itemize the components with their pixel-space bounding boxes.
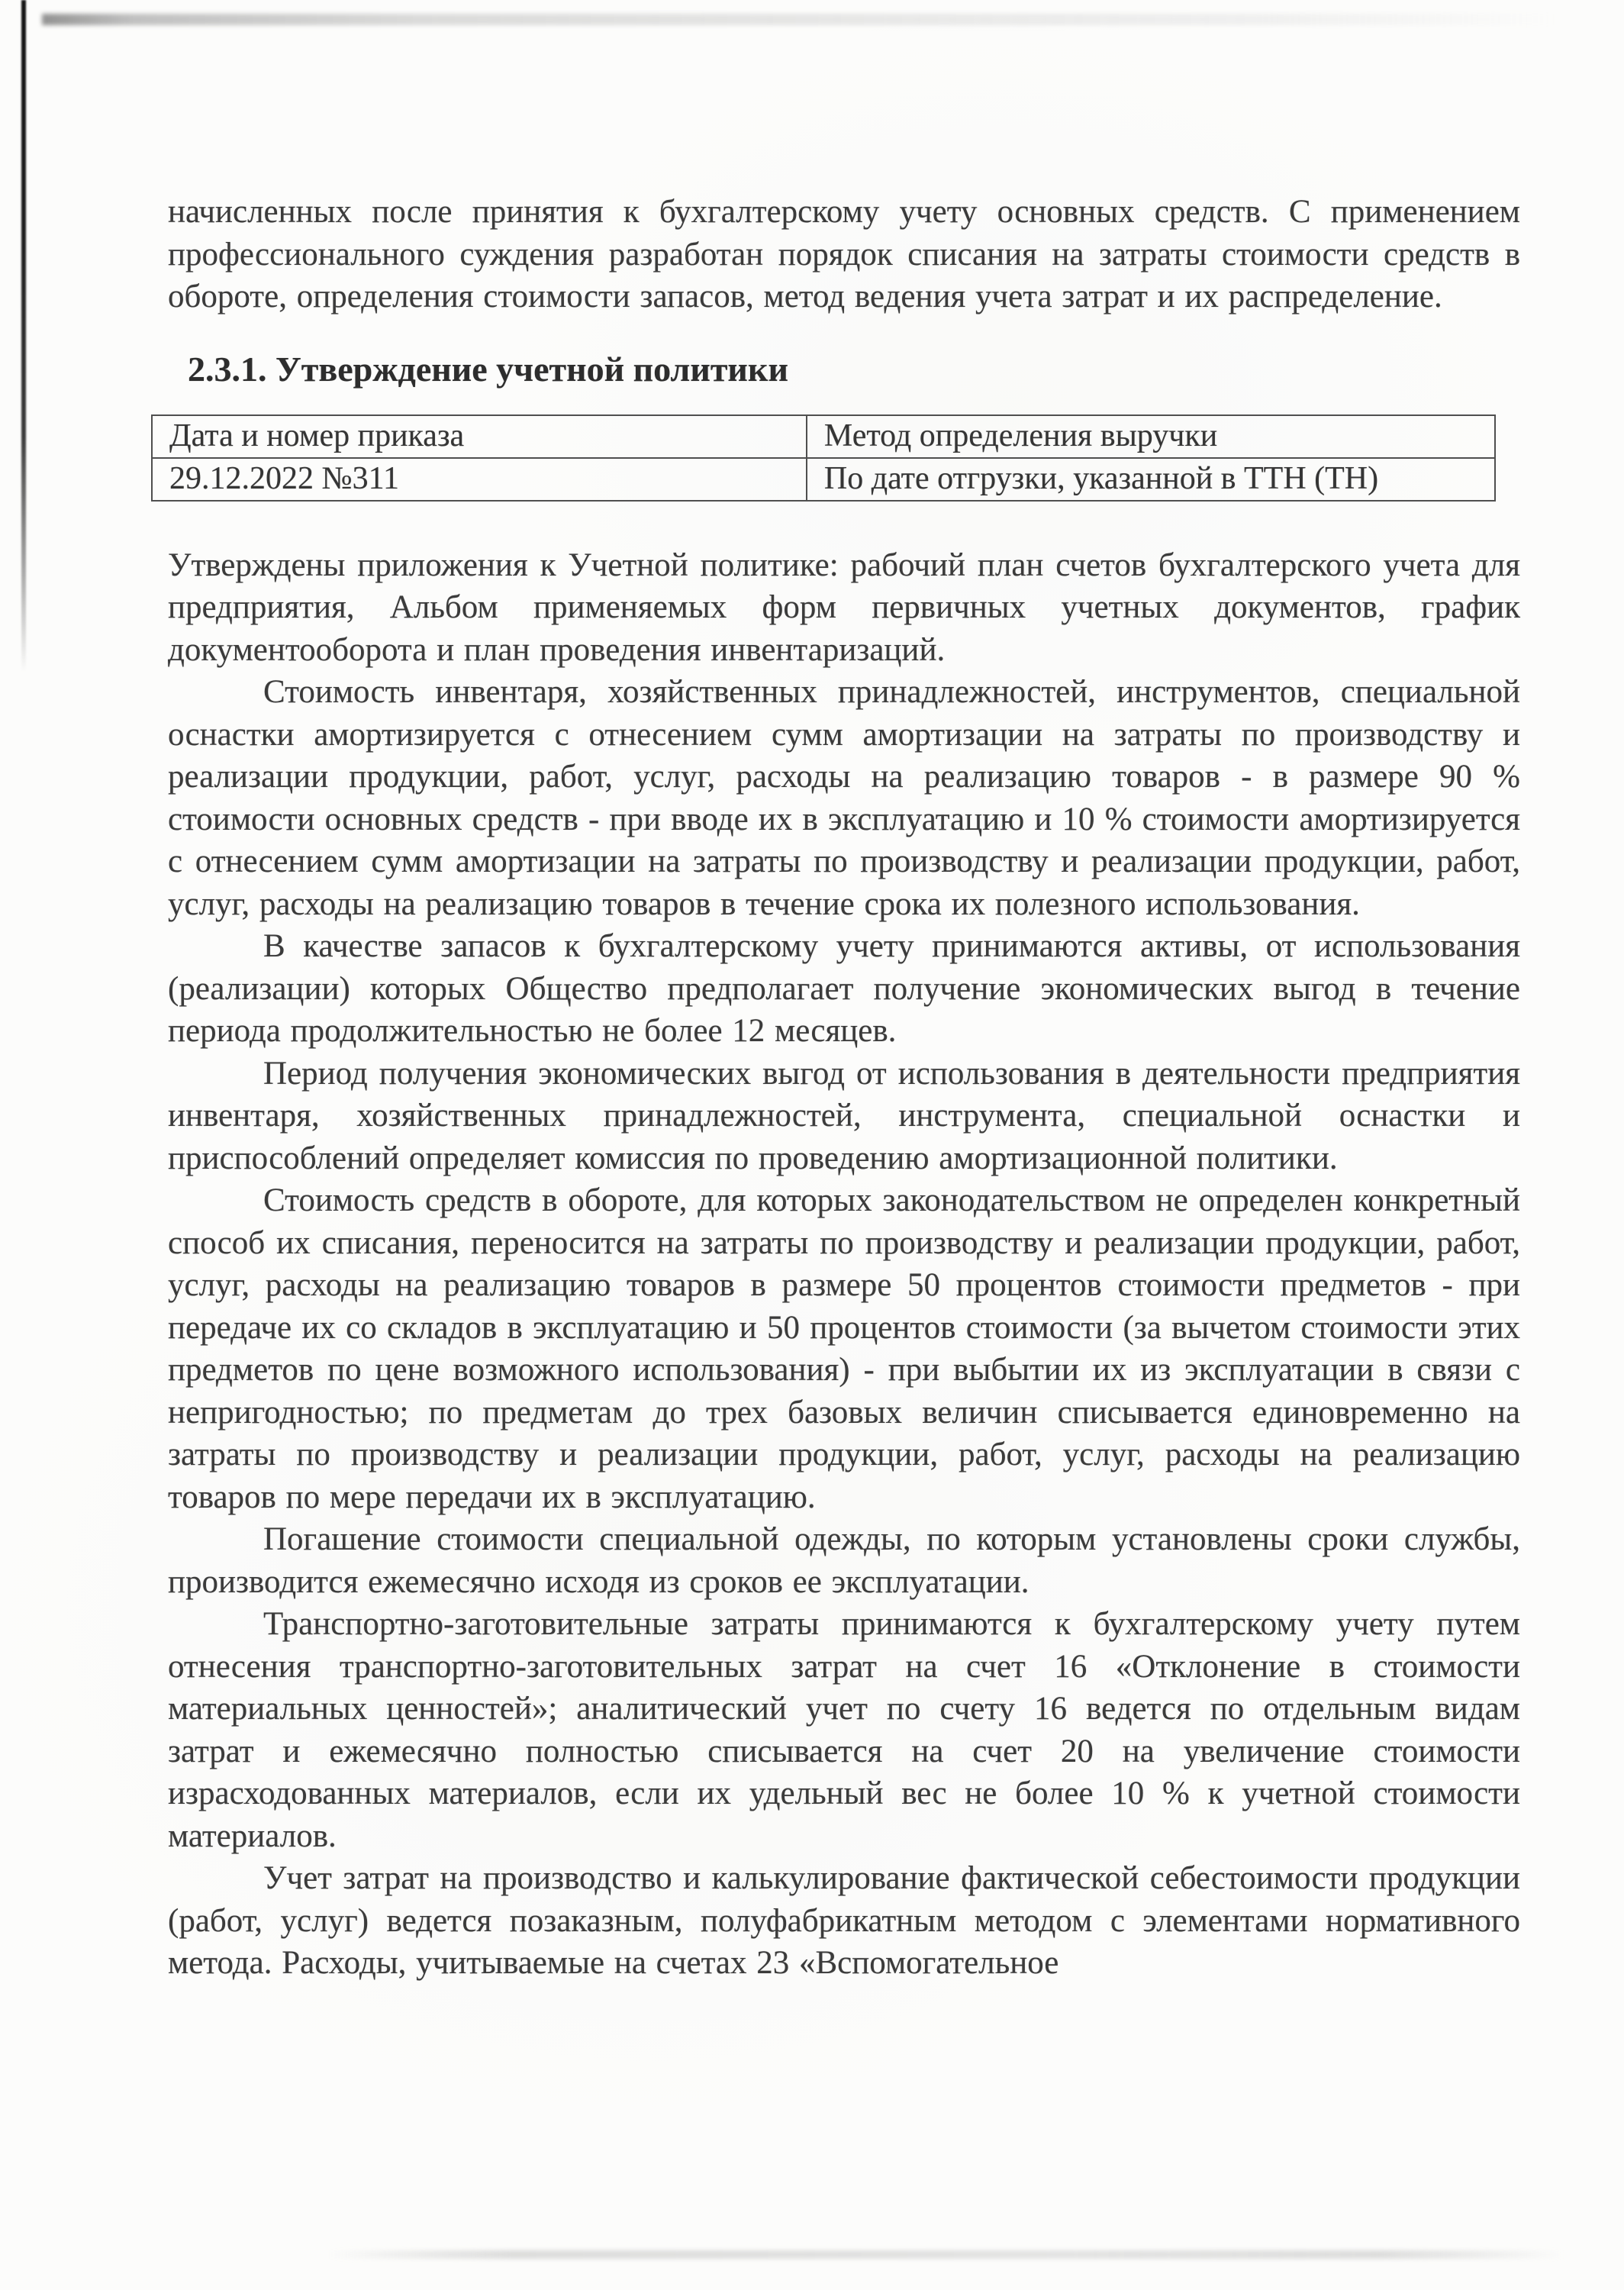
scan-artifact-top-streak — [42, 14, 1557, 25]
document-content: начисленных после принятия к бухгалтерск… — [168, 191, 1520, 1985]
body-paragraph: Транспортно-заготовительные затраты прин… — [168, 1603, 1520, 1857]
table-cell-revenue-method: По дате отгрузки, указанной в ТТН (ТН) — [807, 458, 1495, 501]
table-header-order-date-number: Дата и номер приказа — [152, 415, 807, 458]
body-paragraph: Стоимость инвентаря, хозяйственных прина… — [168, 671, 1520, 925]
scan-artifact-bottom-streak — [328, 2250, 1564, 2259]
body-paragraph: В качестве запасов к бухгалтерскому учет… — [168, 925, 1520, 1053]
table-header-revenue-method: Метод определения выручки — [807, 415, 1495, 458]
body-paragraph: Утверждены приложения к Учетной политике… — [168, 544, 1520, 672]
section-heading: 2.3.1. Утверждение учетной политики — [188, 347, 1520, 392]
policy-table-header-row: Дата и номер приказа Метод определения в… — [152, 415, 1495, 458]
table-cell-order-date-number: 29.12.2022 №311 — [152, 458, 807, 501]
intro-paragraph: начисленных после принятия к бухгалтерск… — [168, 191, 1520, 318]
body-paragraph: Погашение стоимости специальной одежды, … — [168, 1518, 1520, 1603]
scan-artifact-left-edge-line — [21, 0, 26, 672]
policy-table: Дата и номер приказа Метод определения в… — [151, 414, 1496, 502]
body-paragraph: Учет затрат на производство и калькулиро… — [168, 1857, 1520, 1985]
scanned-document-page: начисленных после принятия к бухгалтерск… — [0, 0, 1624, 2290]
body-paragraph: Период получения экономических выгод от … — [168, 1053, 1520, 1180]
body-paragraph: Стоимость средств в обороте, для которых… — [168, 1179, 1520, 1518]
policy-table-data-row: 29.12.2022 №311 По дате отгрузки, указан… — [152, 458, 1495, 501]
spacer — [168, 502, 1520, 544]
